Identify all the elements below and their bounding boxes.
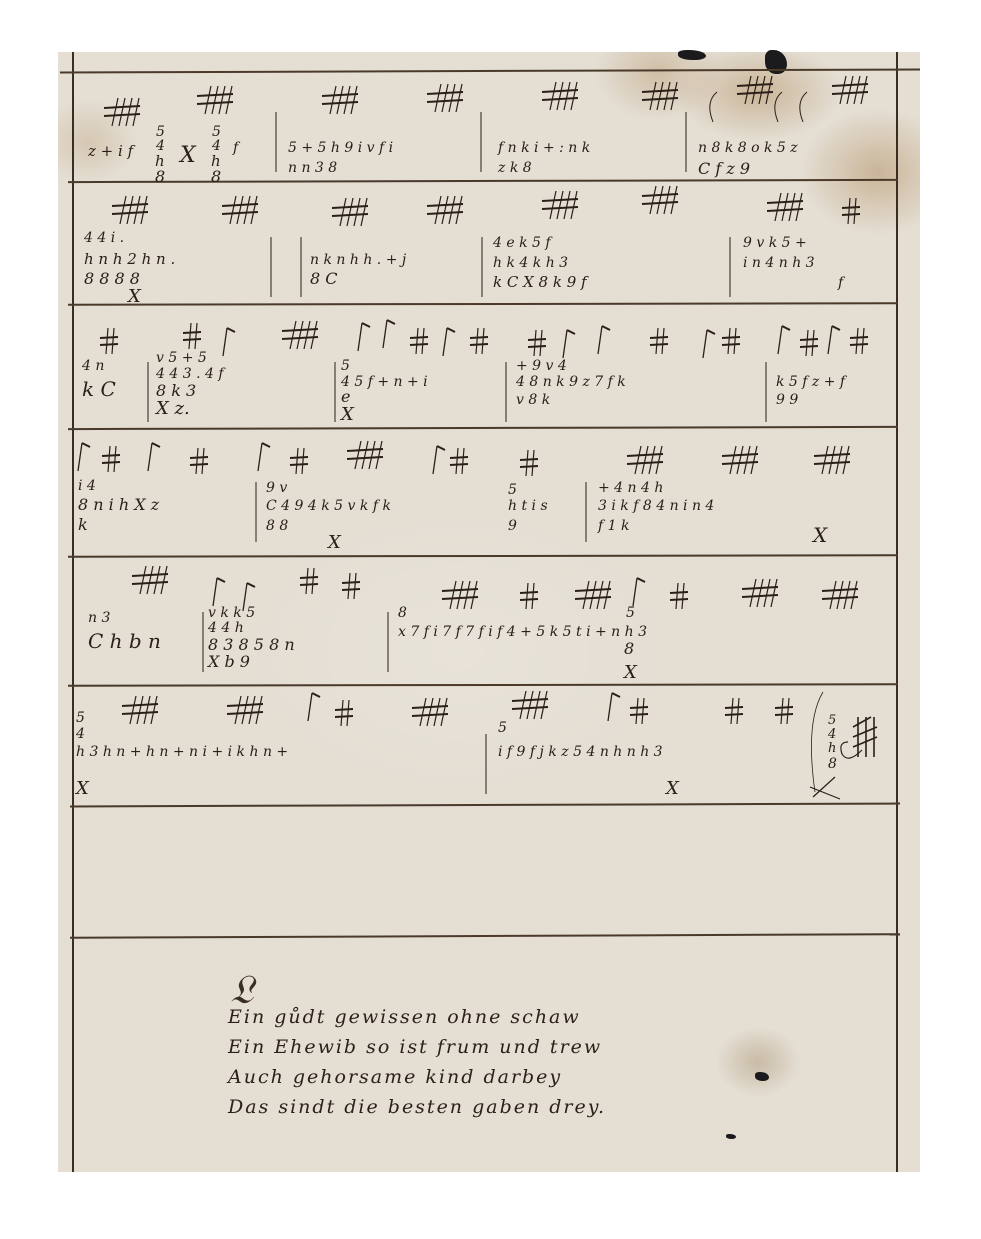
svg-text:9 9: 9 9 [776, 392, 798, 408]
svg-text:h: h [828, 741, 836, 756]
svg-text:v k k 5: v k k 5 [208, 605, 255, 621]
svg-text:4 n: 4 n [81, 358, 104, 374]
verse-block: Ein gůdt gewissen ohne schaw Ein Ehewib … [228, 1002, 788, 1122]
svg-text:9 v k 5 +: 9 v k 5 + [743, 235, 807, 251]
tablature-system-2: 4 4 i . h n h 2 h n . 8 8 8 8 X n k n h … [83, 186, 860, 307]
svg-text:x 7 f i 7 f 7 f i f 4 + 5 k: x 7 f i 7 f 7 f i f 4 + 5 k 5 t i + n h … [398, 624, 647, 640]
svg-text:X: X [811, 523, 828, 547]
svg-text:k 5 f z + f: k 5 f z + f [776, 374, 848, 390]
tablature-system-1: z + i f 54h8 X 54h8 f 5 + 5 h 9 i v f i … [87, 76, 868, 186]
tablature-notation: z + i f 54h8 X 54h8 f 5 + 5 h 9 i v f i … [58, 52, 920, 812]
svg-text:9 v: 9 v [266, 480, 287, 496]
svg-text:i f 9 f j k z 5 4 n h n h 3: i f 9 f j k z 5 4 n h n h 3 [498, 744, 663, 760]
system-rule [70, 933, 900, 938]
svg-text:C 4 9 4 k 5 v k f k: C 4 9 4 k 5 v k f k [266, 498, 391, 514]
verse-line-3: Auch gehorsame kind darbey [228, 1062, 788, 1092]
svg-text:h 3 h n + h n + n i + i k h n: h 3 h n + h n + n i + i k h n + [76, 744, 288, 760]
svg-text:z + i f: z + i f [87, 142, 136, 160]
svg-text:X: X [126, 286, 142, 307]
svg-text:8: 8 [155, 167, 165, 186]
svg-text:+ 9 v 4: + 9 v 4 [516, 358, 567, 374]
svg-text:k: k [78, 515, 88, 534]
svg-text:5: 5 [76, 710, 85, 726]
svg-text:X: X [178, 143, 197, 168]
svg-text:8: 8 [398, 605, 407, 621]
svg-text:X: X [664, 778, 680, 799]
svg-text:n 3: n 3 [88, 610, 110, 626]
svg-text:5: 5 [341, 358, 350, 374]
tablature-system-5: n 3 C h b n v k k 5 4 4 h 8 3 8 5 8 n X … [88, 566, 858, 683]
svg-text:8 C: 8 C [310, 269, 338, 288]
svg-text:f: f [232, 140, 241, 156]
svg-text:n 8 k 8 o k 5 z: n 8 k 8 o k 5 z [698, 140, 798, 156]
svg-text:4 4 3 . 4 f: 4 4 3 . 4 f [155, 366, 226, 382]
verse-line-1: Ein gůdt gewissen ohne schaw [228, 1002, 788, 1032]
svg-text:5 + 5 h 9 i v f i: 5 + 5 h 9 i v f i [288, 140, 393, 156]
svg-text:4 e k 5 f: 4 e k 5 f [492, 235, 553, 251]
svg-text:4: 4 [75, 726, 85, 742]
ink-blot [726, 1134, 736, 1139]
svg-text:4: 4 [827, 727, 836, 742]
svg-text:C f z 9: C f z 9 [698, 159, 750, 178]
manuscript-page: z + i f 54h8 X 54h8 f 5 + 5 h 9 i v f i … [58, 52, 920, 1172]
svg-text:k C: k C [82, 377, 116, 401]
svg-text:8 n i h X z: 8 n i h X z [78, 495, 160, 514]
svg-text:4 8 n k 9 z 7 f k: 4 8 n k 9 z 7 f k [515, 374, 626, 390]
svg-text:5: 5 [626, 605, 635, 621]
svg-text:X z.: X z. [154, 398, 190, 419]
svg-text:5: 5 [828, 713, 836, 728]
svg-text:8: 8 [828, 756, 837, 772]
svg-text:n k n h h . + j: n k n h h . + j [310, 252, 407, 268]
svg-text:n n 3 8: n n 3 8 [288, 160, 337, 176]
svg-text:h k 4 k h 3: h k 4 k h 3 [493, 255, 568, 271]
svg-text:h n h 2 h n .: h n h 2 h n . [84, 250, 175, 268]
svg-text:5: 5 [498, 720, 507, 736]
svg-text:v 8 k: v 8 k [516, 392, 550, 408]
svg-text:X b 9: X b 9 [206, 652, 250, 671]
svg-text:5: 5 [508, 482, 517, 498]
svg-text:f n k i + : n k: f n k i + : n k [497, 140, 590, 156]
svg-text:8: 8 [624, 639, 634, 658]
tablature-system-6: 5 4 h 3 h n + h n + n i + i k h n + X 5 … [74, 691, 877, 799]
svg-text:8: 8 [211, 167, 221, 186]
svg-text:+ 4 n 4 h: + 4 n 4 h [598, 480, 663, 496]
svg-text:3 i k f 8 4 n i n 4: 3 i k f 8 4 n i n 4 [598, 498, 714, 514]
verse-line-4: Das sindt die besten gaben drey. [228, 1092, 788, 1122]
tablature-system-4: i 4 8 n i h X z k 9 v C 4 9 4 k 5 v k f … [78, 441, 850, 553]
svg-text:4 4 i .: 4 4 i . [83, 230, 124, 246]
svg-text:i 4: i 4 [78, 478, 96, 494]
svg-text:X: X [74, 778, 90, 799]
svg-text:z k 8: z k 8 [497, 160, 532, 176]
svg-text:i n 4 n h 3: i n 4 n h 3 [743, 255, 815, 271]
svg-text:X: X [339, 404, 355, 425]
tablature-system-3: 4 n k C v 5 + 5 4 4 3 . 4 f 8 k 3 X z. 5… [81, 320, 868, 425]
svg-text:f 1 k: f 1 k [597, 518, 629, 534]
svg-text:f: f [837, 275, 846, 291]
svg-text:9: 9 [508, 518, 517, 534]
svg-text:v 5 + 5: v 5 + 5 [156, 350, 207, 366]
svg-text:k C X 8 k 9 f: k C X 8 k 9 f [493, 273, 589, 291]
svg-text:h t i s: h t i s [508, 498, 548, 514]
verse-line-2: Ein Ehewib so ist frum und trew [228, 1032, 788, 1062]
svg-text:4 5 f + n + i: 4 5 f + n + i [340, 374, 428, 390]
svg-text:X: X [326, 532, 342, 553]
closing-flourish-icon [810, 692, 877, 799]
svg-text:8 8: 8 8 [266, 518, 288, 534]
svg-text:C h b n: C h b n [88, 629, 161, 653]
svg-text:X: X [622, 662, 638, 683]
svg-text:4 4 h: 4 4 h [207, 620, 244, 636]
